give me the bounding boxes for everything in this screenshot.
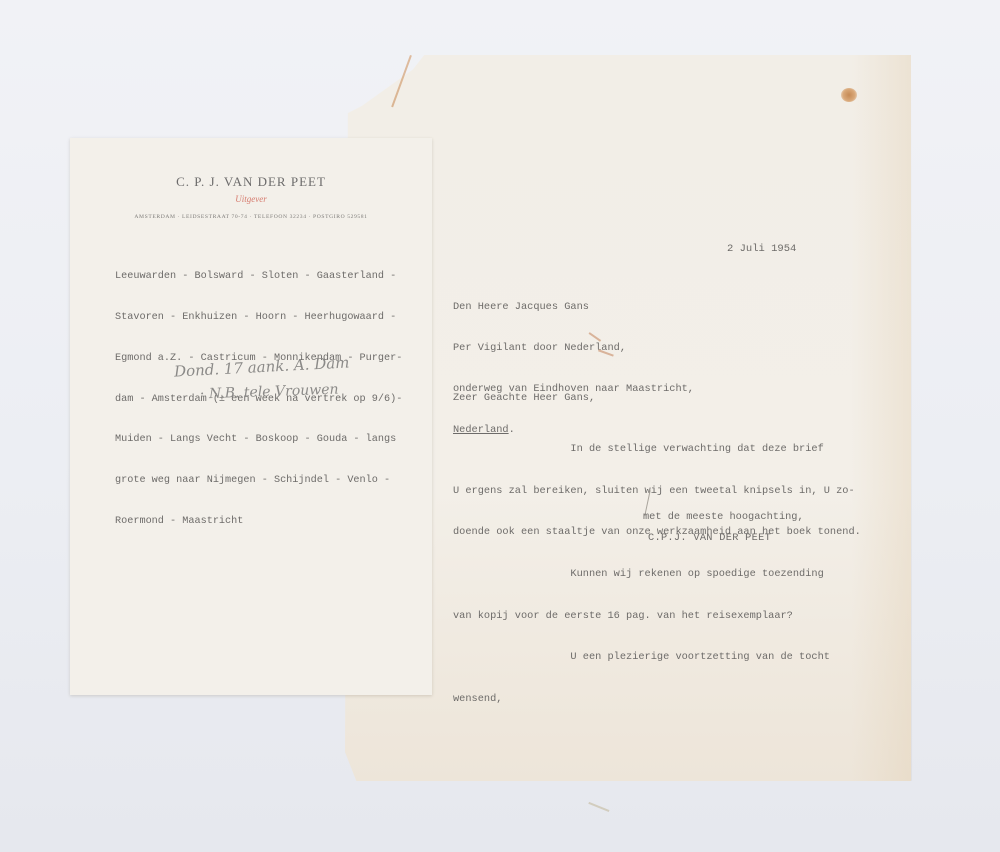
letterhead-name: C. P. J. VAN DER PEET bbox=[70, 174, 432, 190]
body-line: U een plezierige voortzetting van de toc… bbox=[453, 651, 861, 665]
route-line: Leeuwarden - Bolsward - Sloten - Gaaster… bbox=[115, 270, 402, 284]
body-line: Kunnen wij rekenen op spoedige toezendin… bbox=[453, 568, 861, 582]
rust-stain bbox=[841, 88, 857, 102]
letterhead-address: AMSTERDAM · LEIDSESTRAAT 70-74 · TELEFOO… bbox=[70, 214, 432, 220]
signature: C.P.J. VAN DER PEET bbox=[648, 532, 771, 544]
background-mark bbox=[589, 802, 610, 812]
letter-date: 2 Juli 1954 bbox=[727, 243, 796, 255]
letter-body: In de stellige verwachting dat deze brie… bbox=[453, 415, 861, 721]
route-line: Stavoren - Enkhuizen - Hoorn - Heerhugow… bbox=[115, 311, 402, 325]
body-line: U ergens zal bereiken, sluiten wij een t… bbox=[453, 485, 861, 499]
addressee-line: Den Heere Jacques Gans bbox=[453, 301, 694, 315]
salutation: Zeer Geachte Heer Gans, bbox=[453, 392, 595, 404]
body-line: In de stellige verwachting dat deze brie… bbox=[453, 443, 861, 457]
body-line: van kopij voor de eerste 16 pag. van het… bbox=[453, 610, 861, 624]
letterhead-role: Uitgever bbox=[70, 194, 432, 204]
route-line: Roermond - Maastricht bbox=[115, 515, 402, 529]
body-line: wensend, bbox=[453, 693, 861, 707]
closing: met de meeste hoogachting, bbox=[643, 511, 804, 523]
addressee-line: Per Vigilant door Nederland, bbox=[453, 342, 694, 356]
letterhead-sheet: C. P. J. VAN DER PEET Uitgever AMSTERDAM… bbox=[70, 138, 432, 695]
route-line: Muiden - Langs Vecht - Boskoop - Gouda -… bbox=[115, 433, 402, 447]
route-line: grote weg naar Nijmegen - Schijndel - Ve… bbox=[115, 474, 402, 488]
